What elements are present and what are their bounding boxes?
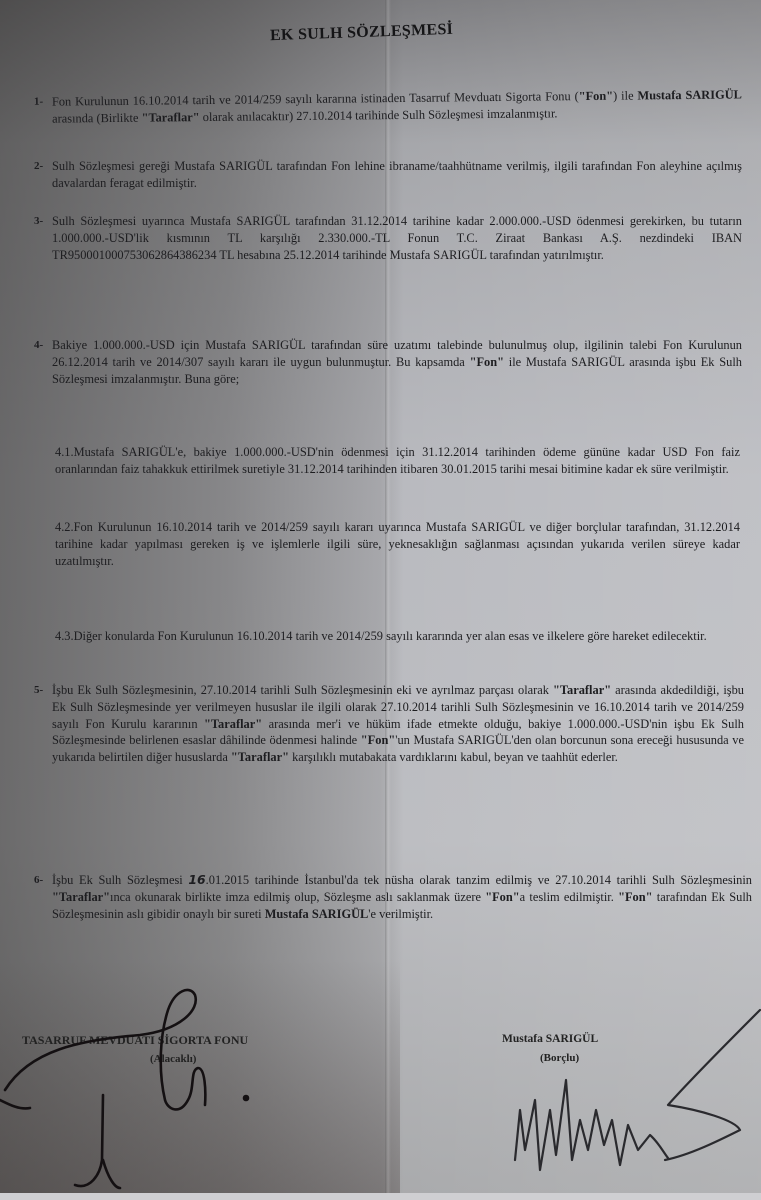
document-page: EK SULH SÖZLEŞMESİ 1- Fon Kurulunun 16.1… — [0, 0, 761, 1200]
signature-marks — [0, 0, 761, 1200]
bottom-edge — [0, 1193, 761, 1200]
right-signature-icon — [515, 1010, 760, 1170]
left-signature-icon — [0, 990, 248, 1188]
